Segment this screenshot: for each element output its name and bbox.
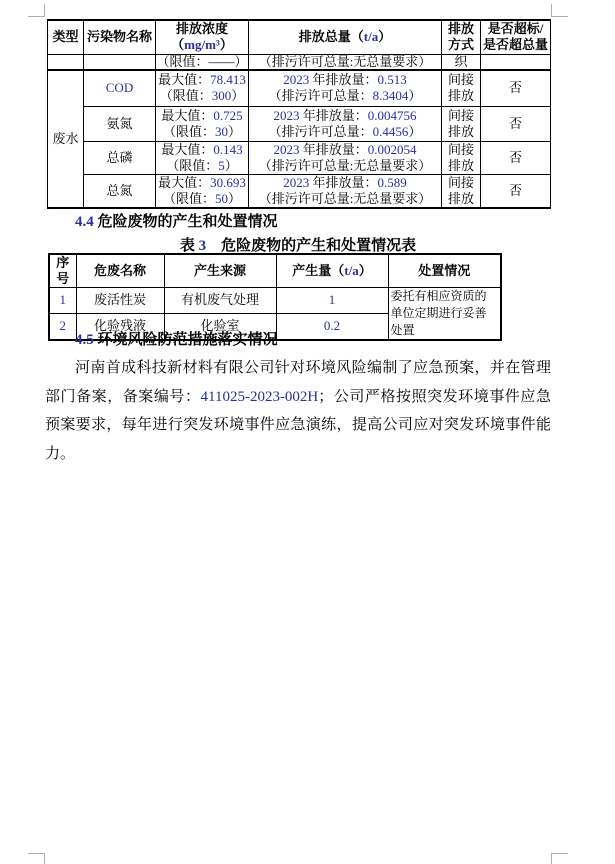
pollutant-name: 总氮	[84, 174, 156, 208]
header-cell-amount: 产生量（t/a）	[276, 254, 388, 288]
header-cell-total: 排放总量（t/a）	[249, 20, 442, 54]
pollutant-total: 2023 年排放量：0.513 （排污许可总量：8.3404）	[249, 70, 442, 106]
pollutant-name: 氨氮	[84, 106, 156, 141]
pollutant-total: 2023 年排放量：0.002054 （排污许可总量:无总量要求）	[249, 141, 442, 174]
risk-measures-paragraph: 河南首成科技新材料有限公司针对环境风险编制了应急预案，并在管理部门备案，备案编号…	[45, 354, 551, 468]
header-cell-no: 序号	[49, 254, 76, 288]
waste-amount: 1	[276, 288, 388, 314]
margin-mark-bottom-left	[28, 853, 45, 864]
margin-mark-top-left	[28, 4, 45, 17]
header-cell-concentration: 排放浓度 （mg/m³）	[156, 20, 249, 54]
section-heading-4-5: 4.5 环境风险防范措施落实情况	[75, 330, 278, 350]
empty-cell	[481, 54, 551, 70]
header-cell-source: 产生来源	[164, 254, 276, 288]
pollutant-total: 2023 年排放量：0.004756 （排污许可总量：0.4456）	[249, 106, 442, 141]
table-row: 氨氮 最大值：0.725 （限值：30） 2023 年排放量：0.004756 …	[48, 106, 551, 141]
waste-source: 有机废气处理	[164, 288, 276, 314]
table-row: 总氮 最大值：30.693 （限值：50） 2023 年排放量：0.589 （排…	[48, 174, 551, 208]
pollutant-concentration: 最大值：0.725 （限值：30）	[156, 106, 249, 141]
pollutant-name: 总磷	[84, 141, 156, 174]
waste-no: 1	[49, 288, 76, 314]
table-row: 废水 COD 最大值：78.413 （限值：300） 2023 年排放量：0.5…	[48, 70, 551, 106]
header-cell-mode: 排放 方式	[442, 20, 481, 54]
header-cell-waste-name: 危废名称	[76, 254, 164, 288]
pollutant-name: COD	[84, 70, 156, 106]
empty-cell	[84, 54, 156, 70]
pollutant-concentration: 最大值：30.693 （限值：50）	[156, 174, 249, 208]
waste-disposal: 委托有相应资质的单位定期进行妥善处置	[388, 288, 501, 341]
section-heading-4-4: 4.4 危险废物的产生和处置情况	[75, 212, 278, 232]
pollutant-mode: 间接 排放	[442, 141, 481, 174]
pollutant-mode: 间接 排放	[442, 174, 481, 208]
carryover-concentration: （限值：——）	[156, 54, 249, 70]
carryover-mode: 织	[442, 54, 481, 70]
pollutant-concentration: 最大值：0.143 （限值：5）	[156, 141, 249, 174]
hazwaste-header-row: 序号 危废名称 产生来源 产生量（t/a） 处置情况	[49, 254, 501, 288]
emissions-table: 类型 污染物名称 排放浓度 （mg/m³） 排放总量（t/a） 排放 方式 是否…	[47, 19, 551, 209]
header-cell-pollutant: 污染物名称	[84, 20, 156, 54]
waste-name: 废活性炭	[76, 288, 164, 314]
pollutant-exceed: 否	[481, 106, 551, 141]
pollutant-mode: 间接 排放	[442, 70, 481, 106]
pollutant-exceed: 否	[481, 141, 551, 174]
pollutant-total: 2023 年排放量：0.589 （排污许可总量:无总量要求）	[249, 174, 442, 208]
header-cell-exceed: 是否超标/ 是否超总量	[481, 20, 551, 54]
waste-no: 2	[49, 313, 76, 340]
table-row: 1 废活性炭 有机废气处理 1 委托有相应资质的单位定期进行妥善处置	[49, 288, 501, 314]
carryover-total: （排污许可总量:无总量要求）	[249, 54, 442, 70]
table-row: 总磷 最大值：0.143 （限值：5） 2023 年排放量：0.002054 （…	[48, 141, 551, 174]
pollutant-mode: 间接 排放	[442, 106, 481, 141]
empty-cell	[48, 54, 84, 70]
pollutant-exceed: 否	[481, 70, 551, 106]
margin-mark-top-right	[551, 4, 568, 17]
carryover-row: （限值：——） （排污许可总量:无总量要求） 织	[48, 54, 551, 70]
document-page: 类型 污染物名称 排放浓度 （mg/m³） 排放总量（t/a） 排放 方式 是否…	[0, 0, 615, 864]
emissions-header-row: 类型 污染物名称 排放浓度 （mg/m³） 排放总量（t/a） 排放 方式 是否…	[48, 20, 551, 54]
pollutant-concentration: 最大值：78.413 （限值：300）	[156, 70, 249, 106]
wastewater-group-label: 废水	[48, 70, 84, 208]
hazardous-waste-table: 序号 危废名称 产生来源 产生量（t/a） 处置情况 1 废活性炭 有机废气处理…	[48, 253, 502, 341]
margin-mark-bottom-right	[551, 853, 568, 864]
pollutant-exceed: 否	[481, 174, 551, 208]
header-cell-disposal: 处置情况	[388, 254, 501, 288]
header-cell-type: 类型	[48, 20, 84, 54]
waste-amount: 0.2	[276, 313, 388, 340]
